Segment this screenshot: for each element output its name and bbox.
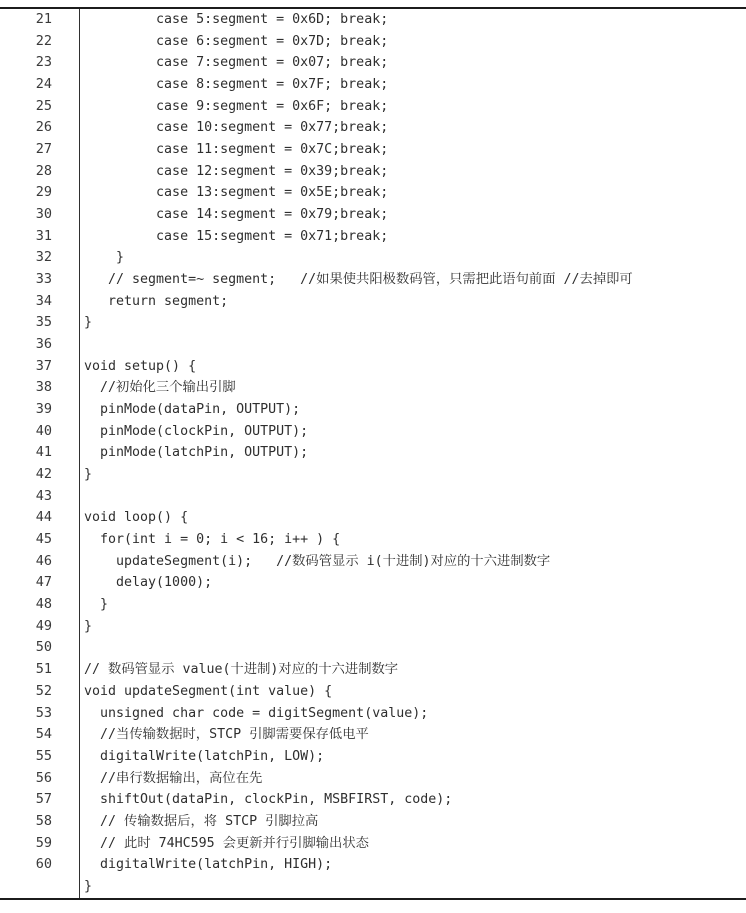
code-line: 22 case 6:segment = 0x7D; break; <box>0 31 746 53</box>
code-line: 51// 数码管显示 value(十进制)对应的十六进制数字 <box>0 659 746 681</box>
code-listing-page: 21 case 5:segment = 0x6D; break;22 case … <box>0 0 746 913</box>
code-line: 59 // 此时 74HC595 会更新并行引脚输出状态 <box>0 833 746 855</box>
line-number: 56 <box>0 768 79 790</box>
code-line: 35} <box>0 312 746 334</box>
code-text: pinMode(latchPin, OUTPUT); <box>79 442 746 464</box>
line-number: 41 <box>0 442 79 464</box>
code-text: delay(1000); <box>79 572 746 594</box>
line-number: 25 <box>0 96 79 118</box>
code-line: 25 case 9:segment = 0x6F; break; <box>0 96 746 118</box>
code-line: 32 } <box>0 247 746 269</box>
line-number: 36 <box>0 334 79 356</box>
code-text: return segment; <box>79 291 746 313</box>
line-number: 22 <box>0 31 79 53</box>
code-line: 53 unsigned char code = digitSegment(val… <box>0 703 746 725</box>
code-text: for(int i = 0; i < 16; i++ ) { <box>79 529 746 551</box>
code-line: 40 pinMode(clockPin, OUTPUT); <box>0 421 746 443</box>
code-text: void updateSegment(int value) { <box>79 681 746 703</box>
code-line: 23 case 7:segment = 0x07; break; <box>0 52 746 74</box>
code-text: } <box>79 312 746 334</box>
code-text: void loop() { <box>79 507 746 529</box>
code-line: 39 pinMode(dataPin, OUTPUT); <box>0 399 746 421</box>
code-text: //当传输数据时，STCP 引脚需要保存低电平 <box>79 724 746 746</box>
code-text <box>79 637 746 659</box>
code-line: 37void setup() { <box>0 356 746 378</box>
code-line: 24 case 8:segment = 0x7F; break; <box>0 74 746 96</box>
code-text: // 数码管显示 value(十进制)对应的十六进制数字 <box>79 659 746 681</box>
code-line: 27 case 11:segment = 0x7C;break; <box>0 139 746 161</box>
code-text: void setup() { <box>79 356 746 378</box>
bottom-rule <box>0 898 746 900</box>
code-text: } <box>79 247 746 269</box>
code-text: // 传输数据后，将 STCP 引脚拉高 <box>79 811 746 833</box>
code-text: case 6:segment = 0x7D; break; <box>79 31 746 53</box>
code-line: 43 <box>0 486 746 508</box>
line-number: 35 <box>0 312 79 334</box>
line-number: 58 <box>0 811 79 833</box>
line-number: 49 <box>0 616 79 638</box>
code-line: 26 case 10:segment = 0x77;break; <box>0 117 746 139</box>
line-number: 43 <box>0 486 79 508</box>
code-text: } <box>79 594 746 616</box>
code-text: case 11:segment = 0x7C;break; <box>79 139 746 161</box>
line-number: 46 <box>0 551 79 573</box>
line-number: 50 <box>0 637 79 659</box>
code-text: } <box>79 616 746 638</box>
line-number: 31 <box>0 226 79 248</box>
line-number: 26 <box>0 117 79 139</box>
line-number: 30 <box>0 204 79 226</box>
code-line: 33 // segment=~ segment; //如果使共阳极数码管，只需把… <box>0 269 746 291</box>
code-line: 34 return segment; <box>0 291 746 313</box>
code-line: 21 case 5:segment = 0x6D; break; <box>0 9 746 31</box>
code-text: case 13:segment = 0x5E;break; <box>79 182 746 204</box>
line-number: 52 <box>0 681 79 703</box>
code-text: case 9:segment = 0x6F; break; <box>79 96 746 118</box>
code-line: 55 digitalWrite(latchPin, LOW); <box>0 746 746 768</box>
code-line: 47 delay(1000); <box>0 572 746 594</box>
code-text: case 15:segment = 0x71;break; <box>79 226 746 248</box>
code-line: 60 digitalWrite(latchPin, HIGH); <box>0 854 746 876</box>
code-line: 36 <box>0 334 746 356</box>
line-number: 59 <box>0 833 79 855</box>
code-text: //串行数据输出，高位在先 <box>79 768 746 790</box>
line-number: 45 <box>0 529 79 551</box>
line-number <box>0 876 79 898</box>
code-line: 41 pinMode(latchPin, OUTPUT); <box>0 442 746 464</box>
line-number: 29 <box>0 182 79 204</box>
code-line: 56 //串行数据输出，高位在先 <box>0 768 746 790</box>
code-line: 54 //当传输数据时，STCP 引脚需要保存低电平 <box>0 724 746 746</box>
code-line: } <box>0 876 746 898</box>
line-number: 48 <box>0 594 79 616</box>
code-text: unsigned char code = digitSegment(value)… <box>79 703 746 725</box>
code-line: 42} <box>0 464 746 486</box>
line-number: 53 <box>0 703 79 725</box>
code-line: 52void updateSegment(int value) { <box>0 681 746 703</box>
code-text: case 10:segment = 0x77;break; <box>79 117 746 139</box>
line-number: 38 <box>0 377 79 399</box>
code-line: 28 case 12:segment = 0x39;break; <box>0 161 746 183</box>
line-number: 47 <box>0 572 79 594</box>
code-text: pinMode(clockPin, OUTPUT); <box>79 421 746 443</box>
code-text: case 14:segment = 0x79;break; <box>79 204 746 226</box>
code-text <box>79 334 746 356</box>
line-number: 27 <box>0 139 79 161</box>
code-line: 31 case 15:segment = 0x71;break; <box>0 226 746 248</box>
code-line: 45 for(int i = 0; i < 16; i++ ) { <box>0 529 746 551</box>
code-text: digitalWrite(latchPin, LOW); <box>79 746 746 768</box>
code-text: } <box>79 876 746 898</box>
line-number: 21 <box>0 9 79 31</box>
line-number: 23 <box>0 52 79 74</box>
line-number: 33 <box>0 269 79 291</box>
code-line: 48 } <box>0 594 746 616</box>
code-line: 29 case 13:segment = 0x5E;break; <box>0 182 746 204</box>
line-number: 39 <box>0 399 79 421</box>
line-number: 42 <box>0 464 79 486</box>
code-text: updateSegment(i); //数码管显示 i(十进制)对应的十六进制数… <box>79 551 746 573</box>
code-line: 58 // 传输数据后，将 STCP 引脚拉高 <box>0 811 746 833</box>
code-text: } <box>79 464 746 486</box>
code-line: 49} <box>0 616 746 638</box>
code-line: 57 shiftOut(dataPin, clockPin, MSBFIRST,… <box>0 789 746 811</box>
line-number: 32 <box>0 247 79 269</box>
line-number: 55 <box>0 746 79 768</box>
code-text: case 12:segment = 0x39;break; <box>79 161 746 183</box>
code-text: case 7:segment = 0x07; break; <box>79 52 746 74</box>
code-line: 44void loop() { <box>0 507 746 529</box>
line-number: 28 <box>0 161 79 183</box>
line-number: 57 <box>0 789 79 811</box>
code-text: shiftOut(dataPin, clockPin, MSBFIRST, co… <box>79 789 746 811</box>
code-text: digitalWrite(latchPin, HIGH); <box>79 854 746 876</box>
line-number: 37 <box>0 356 79 378</box>
line-number: 34 <box>0 291 79 313</box>
code-text: //初始化三个输出引脚 <box>79 377 746 399</box>
line-number: 51 <box>0 659 79 681</box>
code-text: case 5:segment = 0x6D; break; <box>79 9 746 31</box>
line-number: 40 <box>0 421 79 443</box>
code-text: // segment=~ segment; //如果使共阳极数码管，只需把此语句… <box>79 269 746 291</box>
code-text: pinMode(dataPin, OUTPUT); <box>79 399 746 421</box>
code-text: // 此时 74HC595 会更新并行引脚输出状态 <box>79 833 746 855</box>
line-number: 60 <box>0 854 79 876</box>
code-line: 38 //初始化三个输出引脚 <box>0 377 746 399</box>
code-line: 30 case 14:segment = 0x79;break; <box>0 204 746 226</box>
code-lines: 21 case 5:segment = 0x6D; break;22 case … <box>0 9 746 898</box>
code-text <box>79 486 746 508</box>
line-number: 24 <box>0 74 79 96</box>
code-line: 50 <box>0 637 746 659</box>
line-number: 54 <box>0 724 79 746</box>
line-number: 44 <box>0 507 79 529</box>
code-line: 46 updateSegment(i); //数码管显示 i(十进制)对应的十六… <box>0 551 746 573</box>
code-text: case 8:segment = 0x7F; break; <box>79 74 746 96</box>
